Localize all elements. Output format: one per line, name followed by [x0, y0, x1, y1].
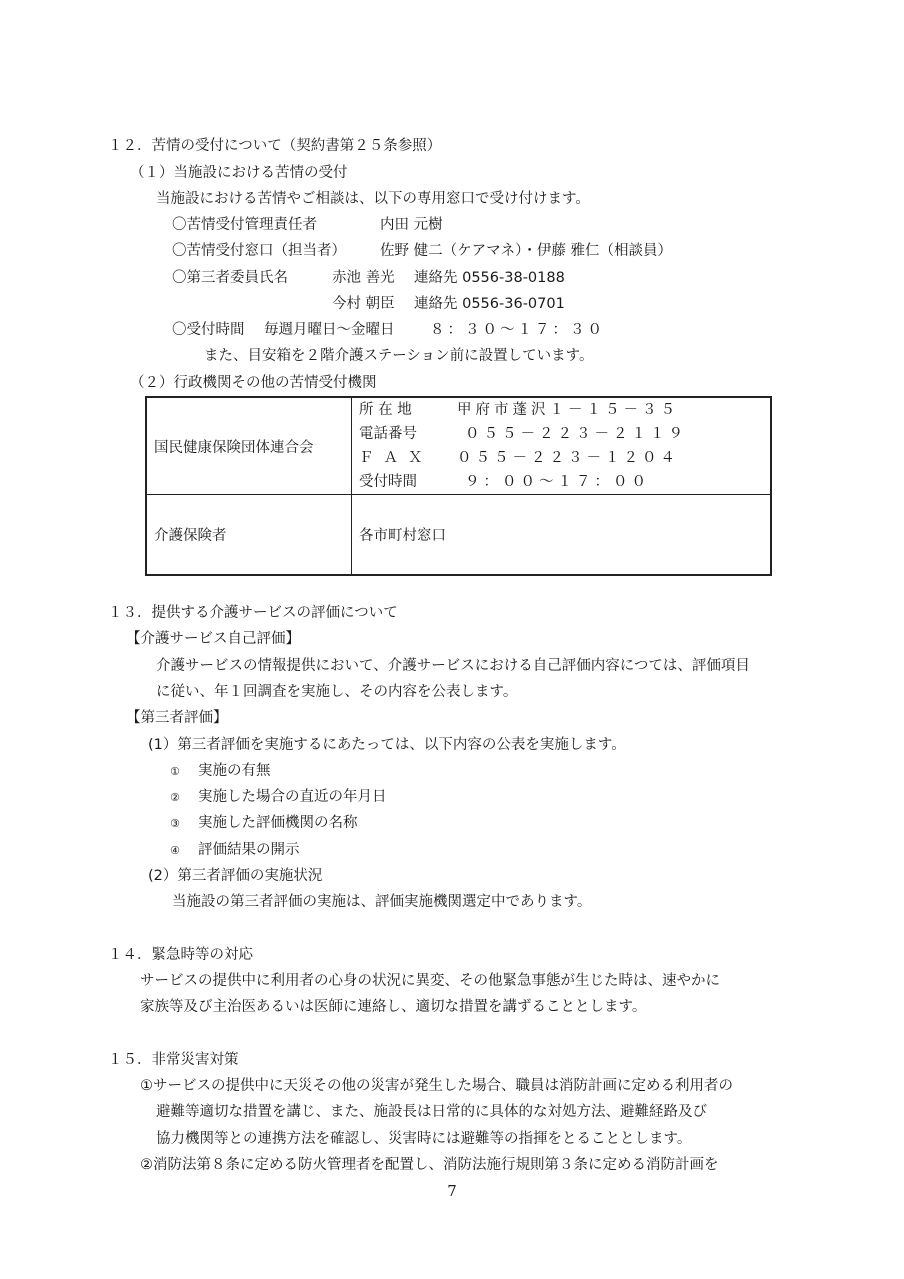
third-eval-heading: 【第三者評価】	[126, 708, 228, 728]
org-details-cell: 各市町村窓口	[352, 495, 772, 575]
org-name: 介護保険者	[154, 528, 227, 544]
hours-time: ８：３０～１７：３０	[430, 320, 605, 340]
third-eval-list-item: ③実施した評価機関の名称	[170, 813, 358, 833]
third-eval-item-2: (2）第三者評価の実施状況	[148, 866, 322, 886]
circled-number: ③	[170, 814, 198, 834]
circled-number: ②	[170, 788, 198, 808]
list-item-text: 実施の有無	[198, 763, 271, 779]
complaint-window-names: 佐野 健二（ケアマネ）・伊藤 雅仁（相談員）	[380, 241, 672, 261]
suggestion-box-note: また、目安箱を２階介護ステーション前に設置しています。	[204, 346, 593, 366]
third-eval-list-item: ④評価結果の開示	[170, 840, 300, 860]
self-eval-text-1: 介護サービスの情報提供において、介護サービスにおける自己評価内容につては、評価項…	[156, 656, 750, 676]
section-15-heading: １５．非常災害対策	[108, 1050, 239, 1070]
third-party-label: 〇第三者委員氏名	[172, 268, 288, 288]
section-14-text-1: サービスの提供中に利用者の心身の状況に異変、その他緊急事態が生じた時は、速やかに	[140, 971, 720, 991]
section-12-sub1-heading: （１）当施設における苦情の受付	[130, 163, 348, 183]
section-12-sub2-heading: （２）行政機関その他の苦情受付機関	[130, 373, 377, 393]
org-detail-hours: 受付時間９：００～１７：００	[359, 470, 770, 494]
org-name-cell: 介護保険者	[146, 495, 352, 575]
third-eval-item-1: (1）第三者評価を実施するにあたっては、以下内容の公表を実施します。	[148, 735, 626, 755]
self-eval-text-2: に従い、年１回調査を実施し、その内容を公表します。	[156, 682, 517, 702]
org-detail-address: 所 在 地甲府市蓬沢１－１５－３５	[359, 398, 770, 422]
org-detail-fax: ＦＡＸ０５５－２２３－１２０４	[359, 446, 770, 470]
section-12-heading: １２．苦情の受付について（契約書第２５条参照）	[108, 136, 441, 156]
table-row: 国民健康保険団体連合会 所 在 地甲府市蓬沢１－１５－３５ 電話番号０５５－２２…	[146, 397, 771, 495]
list-item-text: 実施した場合の直近の年月日	[198, 789, 387, 805]
detail-value: ０５５－２２３－２１１９	[457, 426, 687, 442]
detail-value: ０５５－２２３－１２０４	[457, 450, 679, 466]
detail-label: 所 在 地	[359, 398, 457, 422]
section-15-item-2-line-1: ②消防法第８条に定める防火管理者を配置し、消防法施行規則第３条に定める消防計画を	[140, 1155, 719, 1175]
third-party-contact-2: 連絡先 0556-36-0701	[414, 294, 565, 314]
list-item-text: 評価結果の開示	[198, 842, 300, 858]
detail-label: ＦＡＸ	[359, 446, 457, 470]
detail-value: ９：００～１７：００	[457, 474, 650, 490]
section-15-item-1-line-3: 協力機関等との連携方法を確認し、災害時には避難等の指揮をとることとします。	[156, 1129, 691, 1149]
third-eval-list-item: ①実施の有無	[170, 761, 271, 781]
section-15-item-1-line-1: ①サービスの提供中に天災その他の災害が発生した場合、職員は消防計画に定める利用者…	[140, 1076, 733, 1096]
detail-label: 電話番号	[359, 422, 457, 446]
circled-number: ④	[170, 841, 198, 861]
page-number: 7	[0, 1182, 904, 1200]
third-eval-list-item: ②実施した場合の直近の年月日	[170, 787, 387, 807]
hours-label: 〇受付時間	[172, 320, 245, 340]
third-party-name-1: 赤池 善光	[332, 268, 395, 288]
complaint-agencies-table: 国民健康保険団体連合会 所 在 地甲府市蓬沢１－１５－３５ 電話番号０５５－２２…	[145, 396, 772, 576]
complaint-window-label: 〇苦情受付窓口（担当者）	[172, 241, 346, 261]
section-13-heading: １３．提供する介護サービスの評価について	[108, 603, 398, 623]
section-15-item-1-line-2: 避難等適切な措置を講じ、また、施設長は日常的に具体的な対処方法、避難経路及び	[156, 1102, 707, 1122]
detail-value: 甲府市蓬沢１－１５－３５	[457, 402, 679, 418]
org-name-cell: 国民健康保険団体連合会	[146, 397, 352, 495]
section-14-heading: １４．緊急時等の対応	[108, 945, 253, 965]
complaint-manager-label: 〇苦情受付管理責任者	[172, 215, 317, 235]
detail-label: 受付時間	[359, 470, 457, 494]
detail-value: 各市町村窓口	[359, 528, 446, 544]
hours-days: 毎週月曜日～金曜日	[264, 320, 395, 340]
list-item-text: 実施した評価機関の名称	[198, 815, 358, 831]
circled-number: ①	[170, 762, 198, 782]
third-party-name-2: 今村 朝臣	[332, 294, 395, 314]
third-eval-status: 当施設の第三者評価の実施は、評価実施機関選定中であります。	[172, 892, 591, 912]
section-14-text-2: 家族等及び主治医あるいは医師に連絡し、適切な措置を講ずることとします。	[140, 997, 646, 1017]
self-eval-heading: 【介護サービス自己評価】	[126, 629, 300, 649]
third-party-contact-1: 連絡先 0556-38-0188	[414, 268, 565, 288]
org-detail-phone: 電話番号０５５－２２３－２１１９	[359, 422, 770, 446]
org-details-cell: 所 在 地甲府市蓬沢１－１５－３５ 電話番号０５５－２２３－２１１９ ＦＡＸ０５…	[352, 397, 772, 495]
complaint-manager-name: 内田 元樹	[380, 215, 443, 235]
section-12-sub1-intro: 当施設における苦情やご相談は、以下の専用窓口で受け付けます。	[156, 189, 590, 209]
org-name: 国民健康保険団体連合会	[154, 440, 314, 456]
table-row: 介護保険者 各市町村窓口	[146, 495, 771, 575]
